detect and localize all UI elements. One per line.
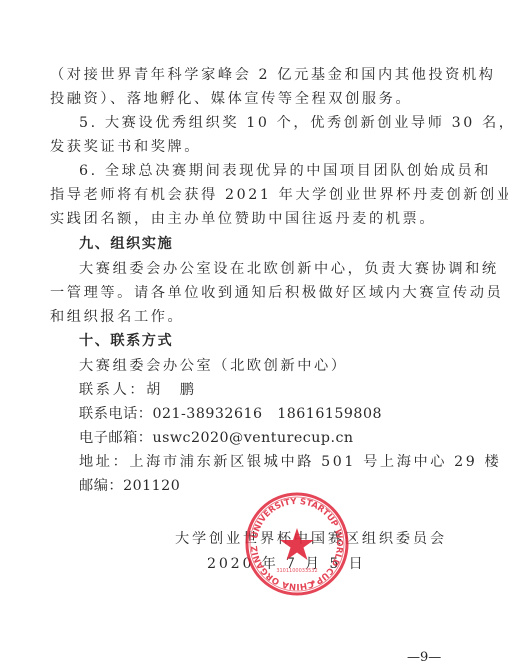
page-number: —9— <box>407 650 441 665</box>
text-line: 发获奖证书和奖牌。 <box>50 137 201 157</box>
section-heading-contact: 十、联系方式 <box>79 331 173 351</box>
text-line: 5. 大赛设优秀组织奖 10 个，优秀创新创业导师 30 名，颁 <box>79 113 508 133</box>
text-line: 一管理等。请各单位收到通知后积极做好区域内大赛宣传动员 <box>50 283 503 303</box>
text-line: （对接世界青年科学家峰会 2 亿元基金和国内其他投资机构 <box>50 65 496 85</box>
contact-email: 电子邮箱：uswc2020@venturecup.cn <box>79 428 354 448</box>
text-line: 大赛组委会办公室设在北欧创新中心，负责大赛协调和统 <box>79 259 499 279</box>
contact-address: 地址：上海市浦东新区银城中路 501 号上海中心 29 楼 <box>79 452 501 472</box>
section-heading-organization: 九、组织实施 <box>79 234 173 254</box>
document-page: （对接世界青年科学家峰会 2 亿元基金和国内其他投资机构 投融资）、落地孵化、媒… <box>0 0 508 670</box>
svg-text:3101100033532: 3101100033532 <box>276 568 317 574</box>
contact-postcode: 邮编：201120 <box>79 476 180 496</box>
text-line: 6. 全球总决赛期间表现优异的中国项目团队创始成员和 <box>79 161 491 181</box>
text-line: 和组织报名工作。 <box>50 307 184 327</box>
text-line: 投融资）、落地孵化、媒体宣传等全程双创服务。 <box>50 89 412 109</box>
contact-office: 大赛组委会办公室（北欧创新中心） <box>79 356 348 376</box>
text-line: 指导老师将有机会获得 2021 年大学创业世界杯丹麦创新创业 <box>50 185 508 205</box>
official-seal-icon: UNIVERSITY STARTUP WORLD CUP CHINA ORGAN… <box>245 492 349 596</box>
contact-person: 联系人：胡 鹏 <box>79 380 197 400</box>
text-line: 实践团名额，由主办单位赞助中国往返丹麦的机票。 <box>50 209 436 229</box>
contact-phone: 联系电话：021-38932616 18616159808 <box>79 404 382 424</box>
